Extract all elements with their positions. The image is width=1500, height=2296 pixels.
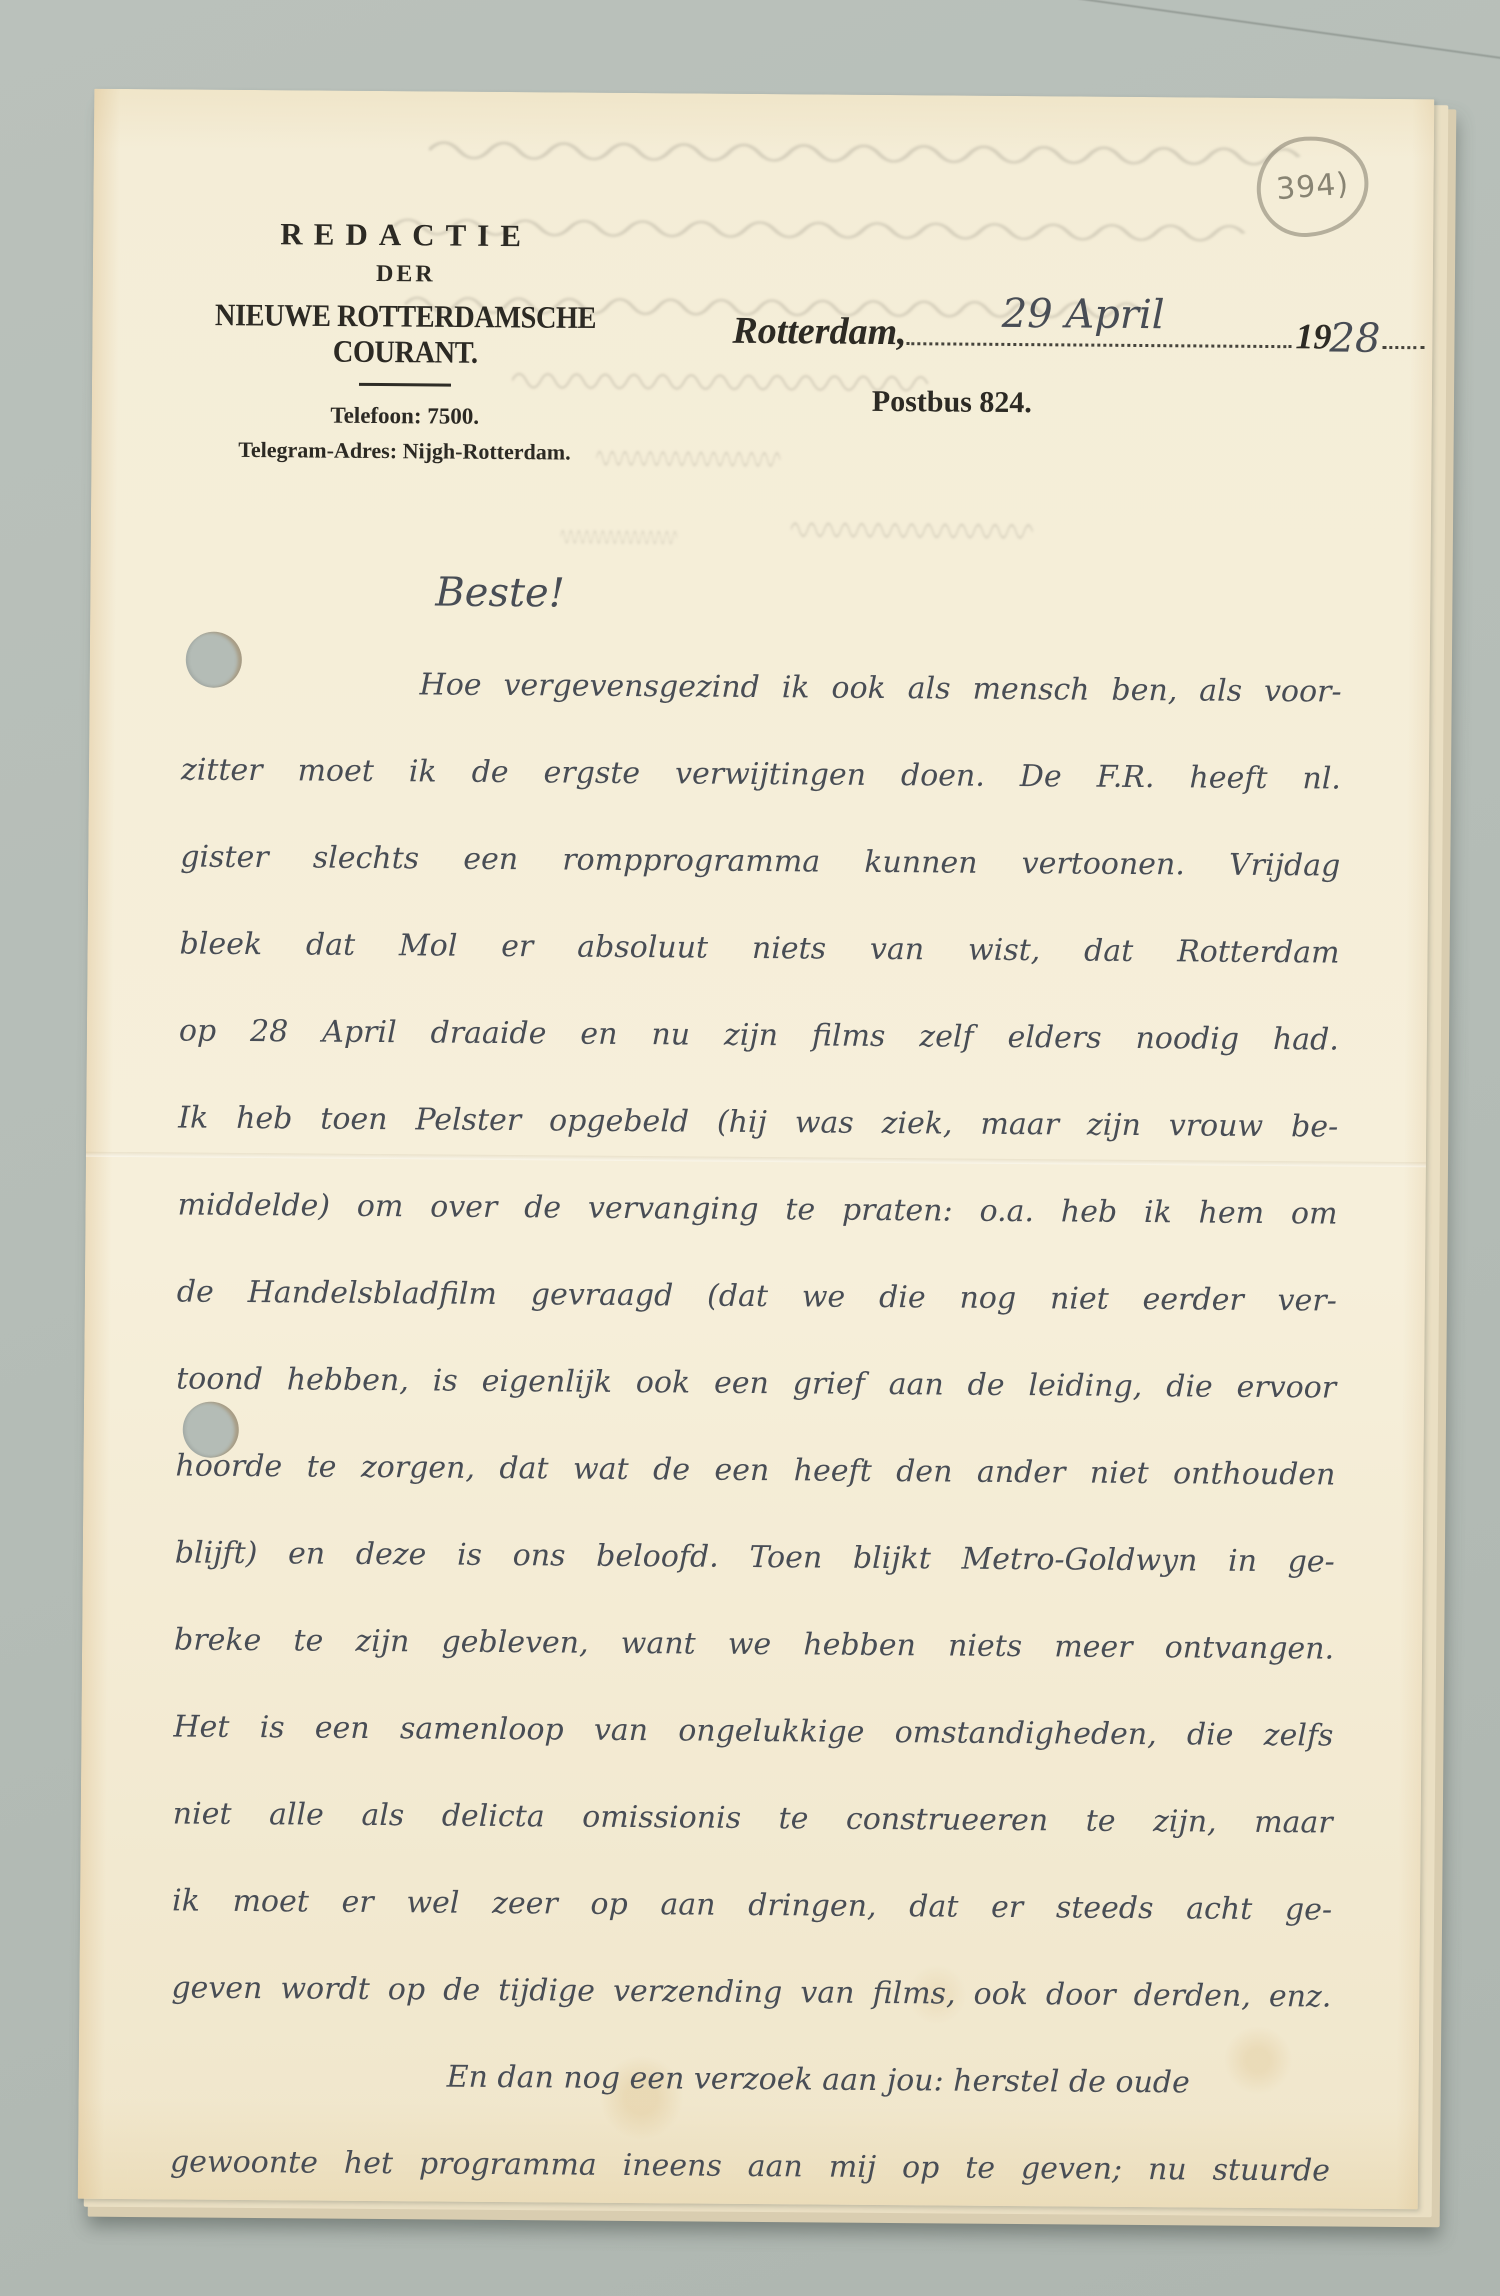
handwritten-line: zitter moet ik de ergste verwijtingen do… xyxy=(181,752,1341,797)
handwritten-line: Ik heb toen Pelster opgebeld (hij was zi… xyxy=(178,1100,1338,1145)
handwritten-line: hoorde te zorgen, dat wat de een heeft d… xyxy=(175,1448,1335,1493)
handwritten-line: breke te zijn gebleven, want we hebben n… xyxy=(174,1622,1334,1667)
handwritten-line: En dan nog een verzoek aan jou: herstel … xyxy=(447,2060,1190,2102)
handwritten-line: bleek dat Mol er absoluut niets van wist… xyxy=(179,926,1339,971)
handwritten-line: niet alle als delicta omissionis te cons… xyxy=(173,1796,1333,1841)
handwritten-line: de Handelsbladfilm gevraagd (dat we die … xyxy=(177,1274,1337,1319)
handwritten-line: Het is een samenloop van ongelukkige oms… xyxy=(173,1709,1333,1754)
letter-body: Hoe vergevensgezind ik ook als mensch be… xyxy=(78,89,1435,2209)
handwritten-line: gewoonte het programma ineens aan mij op… xyxy=(170,2144,1330,2189)
handwritten-line: toond hebben, is eigenlijk ook een grief… xyxy=(176,1361,1336,1406)
handwritten-line: middelde) om over de vervanging te prate… xyxy=(177,1187,1337,1232)
handwritten-line: Hoe vergevensgezind ik ook als mensch be… xyxy=(419,667,1341,710)
handwritten-line: blijft) en deze is ons beloofd. Toen bli… xyxy=(175,1535,1335,1580)
handwritten-line: op 28 April draaide en nu zijn films zel… xyxy=(179,1013,1339,1058)
scan-background: 394) REDACTIE DER NIEUWE ROTTERDAMSCHE C… xyxy=(0,0,1500,2296)
handwritten-line: gister slechts een rompprogramma kunnen … xyxy=(180,839,1340,884)
letter-page: 394) REDACTIE DER NIEUWE ROTTERDAMSCHE C… xyxy=(78,89,1435,2209)
handwritten-line: ik moet er wel zeer op aan dringen, dat … xyxy=(172,1883,1332,1928)
handwritten-line: geven wordt op de tijdige verzending van… xyxy=(171,1970,1331,2015)
background-crease-line xyxy=(1077,0,1500,61)
